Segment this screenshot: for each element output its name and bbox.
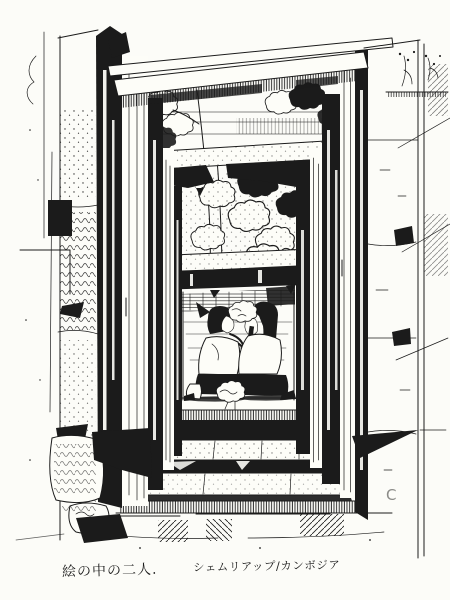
caption-title: 絵の中の二人. xyxy=(62,559,158,581)
caption-location: シェムリアップ/カンボジア xyxy=(193,557,341,576)
ink-drawing-temple-doorways xyxy=(0,0,450,600)
signature-c: C xyxy=(386,486,396,504)
base-slabs xyxy=(76,513,392,549)
sketchbook-page: 絵の中の二人. シェムリアップ/カンボジア C xyxy=(0,0,450,600)
